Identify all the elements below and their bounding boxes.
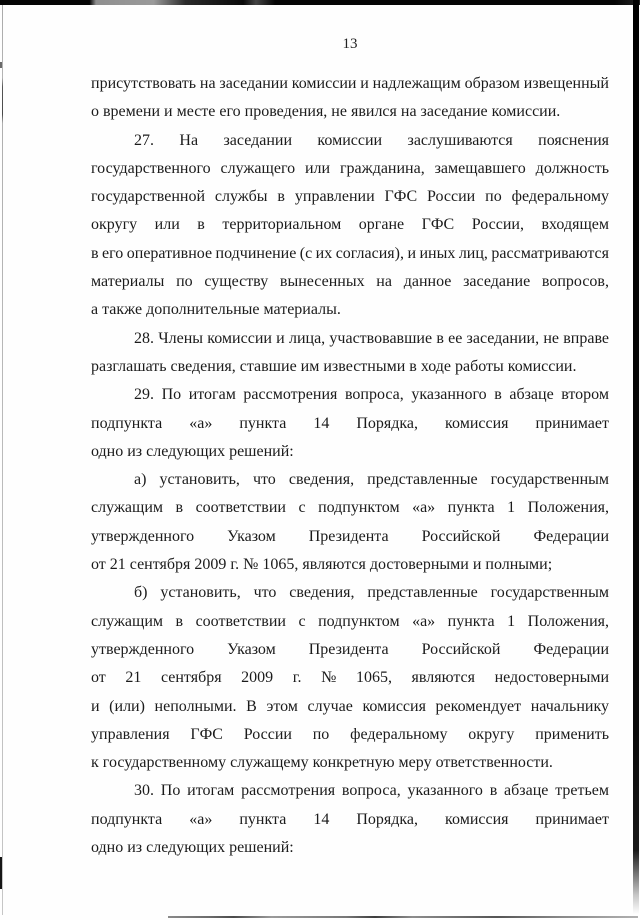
text-line: государственной службы в управлении ГФС … bbox=[91, 183, 609, 211]
text-line-content: подпункта «а» пункта 14 Порядка, комисси… bbox=[91, 415, 609, 432]
text-line: 28. Члены комиссии и лица, участвовавшие… bbox=[91, 325, 609, 353]
text-line: государственного служащего или гражданин… bbox=[91, 155, 609, 183]
scan-artifact bbox=[0, 857, 2, 889]
scan-edge-left bbox=[2, 5, 3, 915]
text-line-content: в его оперативное подчинение (с их согла… bbox=[91, 245, 609, 262]
scanned-document-page: 13 присутствовать на заседании комиссии … bbox=[0, 0, 640, 920]
page-number: 13 bbox=[91, 35, 609, 53]
text-line-content: одно из следующих решений: bbox=[91, 839, 294, 856]
text-line: а также дополнительные материалы. bbox=[91, 296, 609, 324]
text-line-content: 28. Члены комиссии и лица, участвовавшие… bbox=[134, 330, 609, 347]
text-line-content: одно из следующих решений: bbox=[91, 443, 294, 460]
text-line: одно из следующих решений: bbox=[91, 834, 609, 862]
text-line-content: присутствовать на заседании комиссии и н… bbox=[91, 75, 609, 92]
text-line-content: подпункта «а» пункта 14 Порядка, комисси… bbox=[91, 811, 609, 828]
text-line: от 21 сентября 2009 г. № 1065, являются … bbox=[91, 664, 609, 692]
text-line-content: а также дополнительные материалы. bbox=[91, 301, 341, 318]
scan-edge-right bbox=[633, 0, 639, 914]
text-line: б) установить, что сведения, представлен… bbox=[91, 579, 609, 607]
text-line-content: управления ГФС России по федеральному ок… bbox=[91, 726, 609, 743]
text-line-content: б) установить, что сведения, представлен… bbox=[134, 584, 609, 601]
text-line: утвержденного Указом Президента Российск… bbox=[91, 523, 609, 551]
text-line: присутствовать на заседании комиссии и н… bbox=[91, 70, 609, 98]
scan-edge-top bbox=[0, 0, 640, 5]
text-line: служащим в соответствии с подпунктом «а»… bbox=[91, 608, 609, 636]
text-line: управления ГФС России по федеральному ок… bbox=[91, 721, 609, 749]
text-line-content: округу или в территориальном органе ГФС … bbox=[91, 216, 609, 233]
text-line: о времени и месте его проведения, не яви… bbox=[91, 98, 609, 126]
text-line: одно из следующих решений: bbox=[91, 438, 609, 466]
text-line-content: а) установить, что сведения, представлен… bbox=[134, 471, 609, 488]
text-line-content: от 21 сентября 2009 г. № 1065, являются … bbox=[91, 669, 609, 686]
text-line: подпункта «а» пункта 14 Порядка, комисси… bbox=[91, 410, 609, 438]
text-line-content: утвержденного Указом Президента Российск… bbox=[91, 528, 609, 545]
text-line-content: о времени и месте его проведения, не яви… bbox=[91, 103, 560, 120]
text-line-content: государственного служащего или гражданин… bbox=[91, 160, 609, 177]
text-line: 30. По итогам рассмотрения вопроса, указ… bbox=[91, 777, 609, 805]
document-body: присутствовать на заседании комиссии и н… bbox=[91, 70, 609, 862]
text-line-content: государственной службы в управлении ГФС … bbox=[91, 188, 609, 205]
text-line: а) установить, что сведения, представлен… bbox=[91, 466, 609, 494]
text-line: в его оперативное подчинение (с их согла… bbox=[91, 240, 609, 268]
text-line-content: к государственному служащему конкретную … bbox=[91, 754, 553, 771]
text-line: подпункта «а» пункта 14 Порядка, комисси… bbox=[91, 806, 609, 834]
text-line: округу или в территориальном органе ГФС … bbox=[91, 211, 609, 239]
text-line-content: утвержденного Указом Президента Российск… bbox=[91, 641, 609, 658]
text-line: разглашать сведения, ставшие им известны… bbox=[91, 353, 609, 381]
text-line-content: 27. На заседании комиссии заслушиваются … bbox=[134, 132, 609, 149]
text-line: утвержденного Указом Президента Российск… bbox=[91, 636, 609, 664]
text-line: материалы по существу вынесенных на данн… bbox=[91, 268, 609, 296]
text-line: служащим в соответствии с подпунктом «а»… bbox=[91, 494, 609, 522]
text-line-content: служащим в соответствии с подпунктом «а»… bbox=[91, 613, 609, 630]
text-line: и (или) неполными. В этом случае комисси… bbox=[91, 693, 609, 721]
text-line-content: от 21 сентября 2009 г. № 1065, являются … bbox=[91, 556, 552, 573]
text-line-content: служащим в соответствии с подпунктом «а»… bbox=[91, 499, 609, 516]
text-line: к государственному служащему конкретную … bbox=[91, 749, 609, 777]
text-line: от 21 сентября 2009 г. № 1065, являются … bbox=[91, 551, 609, 579]
scan-edge-bottom bbox=[168, 916, 638, 918]
text-line-content: и (или) неполными. В этом случае комисси… bbox=[91, 698, 609, 715]
text-line: 27. На заседании комиссии заслушиваются … bbox=[91, 127, 609, 155]
text-line-content: разглашать сведения, ставшие им известны… bbox=[91, 358, 576, 375]
text-line-content: 30. По итогам рассмотрения вопроса, указ… bbox=[134, 782, 609, 799]
text-line-content: 29. По итогам рассмотрения вопроса, указ… bbox=[134, 386, 609, 403]
text-line-content: материалы по существу вынесенных на данн… bbox=[91, 273, 609, 290]
text-line: 29. По итогам рассмотрения вопроса, указ… bbox=[91, 381, 609, 409]
scan-artifact bbox=[0, 62, 2, 68]
